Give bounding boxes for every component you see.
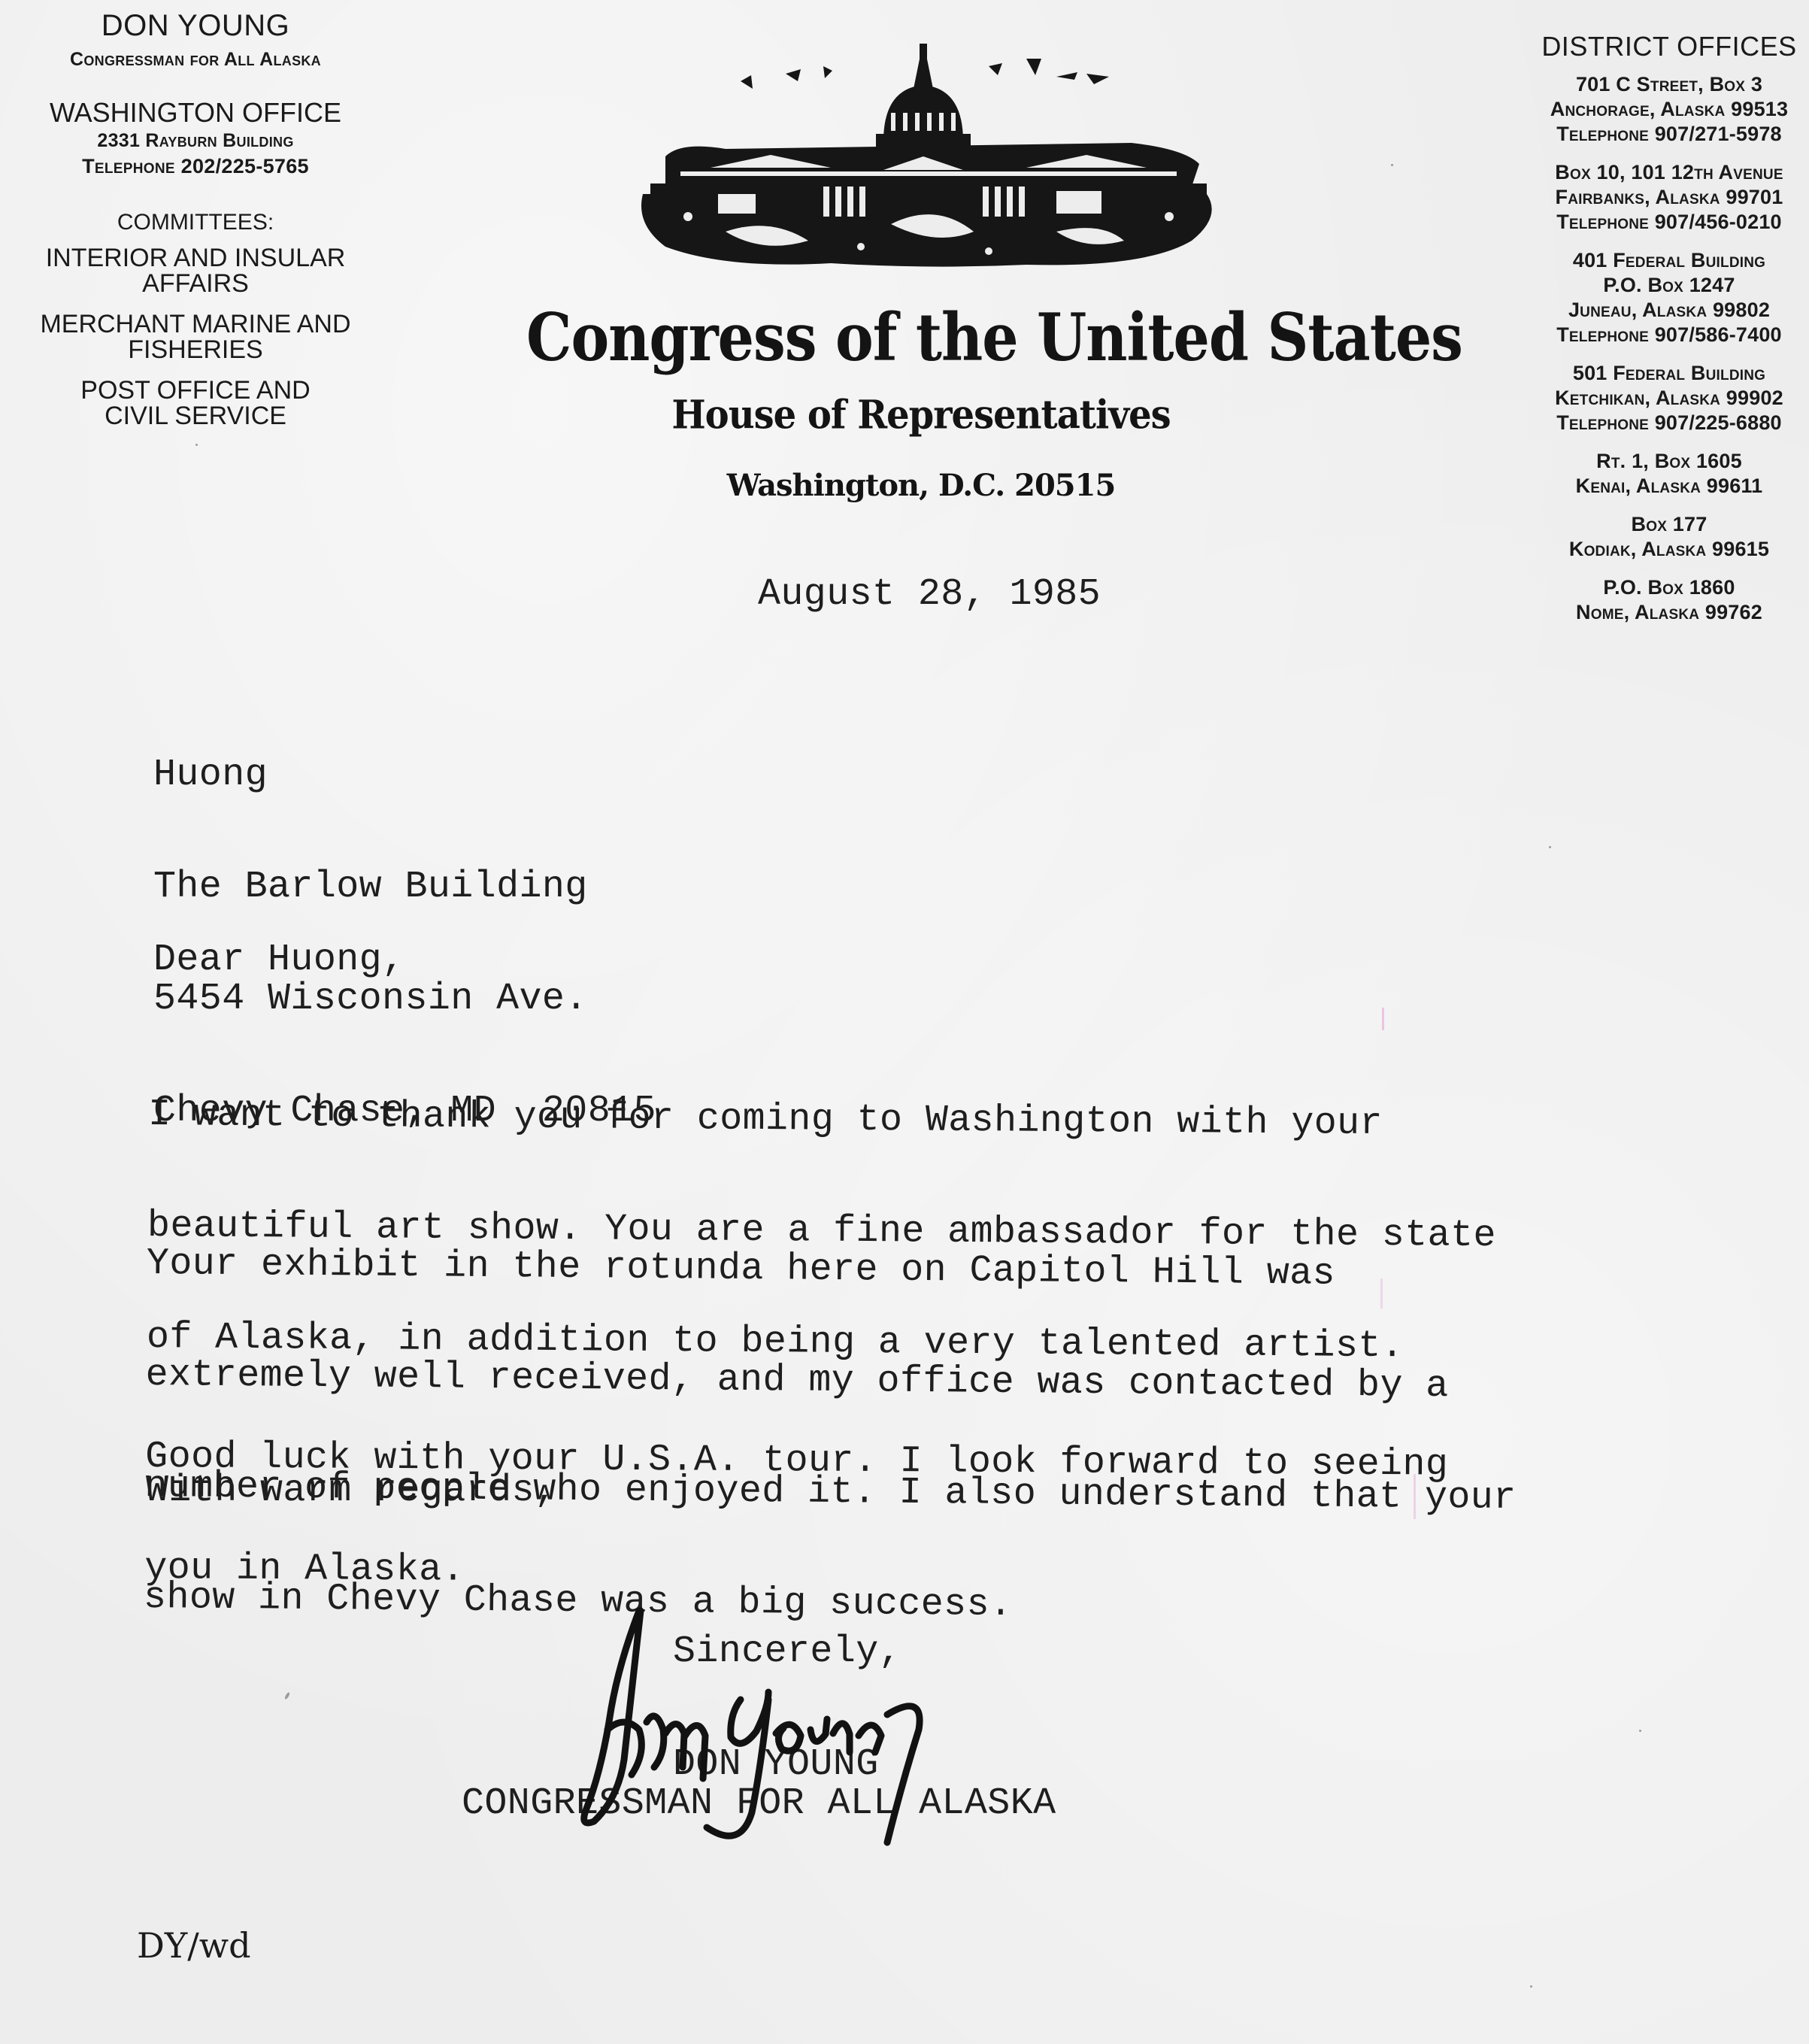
scan-artifact: [1380, 1278, 1383, 1309]
scan-speck: [1391, 164, 1393, 166]
committee-line: CIVIL SERVICE: [15, 403, 376, 429]
committees-heading: COMMITTEES:: [15, 206, 376, 239]
district-office: P.O. Box 1860 Nome, Alaska 99762: [1511, 575, 1809, 625]
washington-office-phone: Telephone 202/225-5765: [15, 153, 376, 179]
office-line: 501 Federal Building: [1511, 361, 1809, 386]
office-line: Juneau, Alaska 99802: [1511, 298, 1809, 323]
scan-speck: [1639, 1730, 1641, 1732]
washington-office-address: 2331 Rayburn Building: [15, 128, 376, 153]
district-office: Rt. 1, Box 1605 Kenai, Alaska 99611: [1511, 449, 1809, 499]
office-line: P.O. Box 1860: [1511, 575, 1809, 600]
district-office: Box 10, 101 12th Avenue Fairbanks, Alask…: [1511, 160, 1809, 235]
paragraph-line: you in Alaska.: [144, 1550, 1447, 1594]
scan-speck: [1549, 846, 1551, 848]
office-line: Fairbanks, Alaska 99701: [1511, 185, 1809, 210]
committee-line: MERCHANT MARINE AND: [15, 311, 376, 337]
office-line: Telephone 907/456-0210: [1511, 210, 1809, 235]
washington-office-heading: WASHINGTON OFFICE: [15, 98, 376, 128]
scan-speck: [195, 444, 198, 446]
office-line: Kodiak, Alaska 99615: [1511, 537, 1809, 562]
office-line: Telephone 907/225-6880: [1511, 411, 1809, 435]
scan-artifact: [1414, 1474, 1416, 1519]
office-line: Anchorage, Alaska 99513: [1511, 97, 1809, 122]
scan-speck: [1530, 1985, 1532, 1988]
district-office: 501 Federal Building Ketchikan, Alaska 9…: [1511, 361, 1809, 435]
office-line: Ketchikan, Alaska 99902: [1511, 386, 1809, 411]
letterhead-title: Congress of the United States: [526, 299, 1316, 375]
salutation: Dear Huong,: [153, 942, 405, 979]
letter-date: August 28, 1985: [758, 576, 1101, 614]
office-line: Telephone 907/586-7400: [1511, 323, 1809, 347]
district-office: Box 177 Kodiak, Alaska 99615: [1511, 512, 1809, 562]
scan-artifact: [1382, 1008, 1384, 1030]
address-line: Huong: [153, 757, 656, 793]
committee-line: POST OFFICE AND: [15, 378, 376, 403]
district-offices-heading: DISTRICT OFFICES: [1511, 33, 1809, 60]
letterhead-subtitle: House of Representatives: [601, 392, 1241, 438]
letterhead-location: Washington, D.C. 20515: [639, 468, 1203, 503]
office-line: 701 C Street, Box 3: [1511, 72, 1809, 97]
committee-line: AFFAIRS: [15, 271, 376, 296]
district-office: 701 C Street, Box 3 Anchorage, Alaska 99…: [1511, 72, 1809, 147]
paragraph-line: Your exhibit in the rotunda here on Capi…: [147, 1245, 1519, 1293]
closing: With warm regards,: [146, 1472, 557, 1510]
office-line: Kenai, Alaska 99611: [1511, 474, 1809, 499]
letterhead-left-column: DON YOUNG Congressman for All Alaska WAS…: [15, 11, 376, 429]
committee-line: FISHERIES: [15, 337, 376, 362]
district-office: 401 Federal Building P.O. Box 1247 Junea…: [1511, 248, 1809, 347]
office-line: Rt. 1, Box 1605: [1511, 449, 1809, 474]
congressman-name: DON YOUNG: [15, 11, 376, 41]
office-line: 401 Federal Building: [1511, 248, 1809, 273]
letterhead-right-column: DISTRICT OFFICES 701 C Street, Box 3 Anc…: [1511, 33, 1809, 625]
capitol-building-icon: [635, 44, 1222, 269]
office-line: Nome, Alaska 99762: [1511, 600, 1809, 625]
office-line: Telephone 907/271-5978: [1511, 122, 1809, 147]
handwritten-signature-icon: [571, 1602, 1098, 1850]
address-line: 5454 Wisconsin Ave.: [153, 981, 656, 1017]
scan-speck: [284, 1692, 290, 1700]
office-line: Box 177: [1511, 512, 1809, 537]
office-line: P.O. Box 1247: [1511, 273, 1809, 298]
typist-initials: DY/wd: [137, 1925, 251, 1966]
office-line: Box 10, 101 12th Avenue: [1511, 160, 1809, 185]
committee-line: INTERIOR AND INSULAR: [15, 245, 376, 271]
address-line: The Barlow Building: [153, 869, 656, 905]
paragraph-line: I want to thank you for coming to Washin…: [148, 1096, 1497, 1142]
congressman-subtitle: Congressman for All Alaska: [15, 47, 376, 72]
